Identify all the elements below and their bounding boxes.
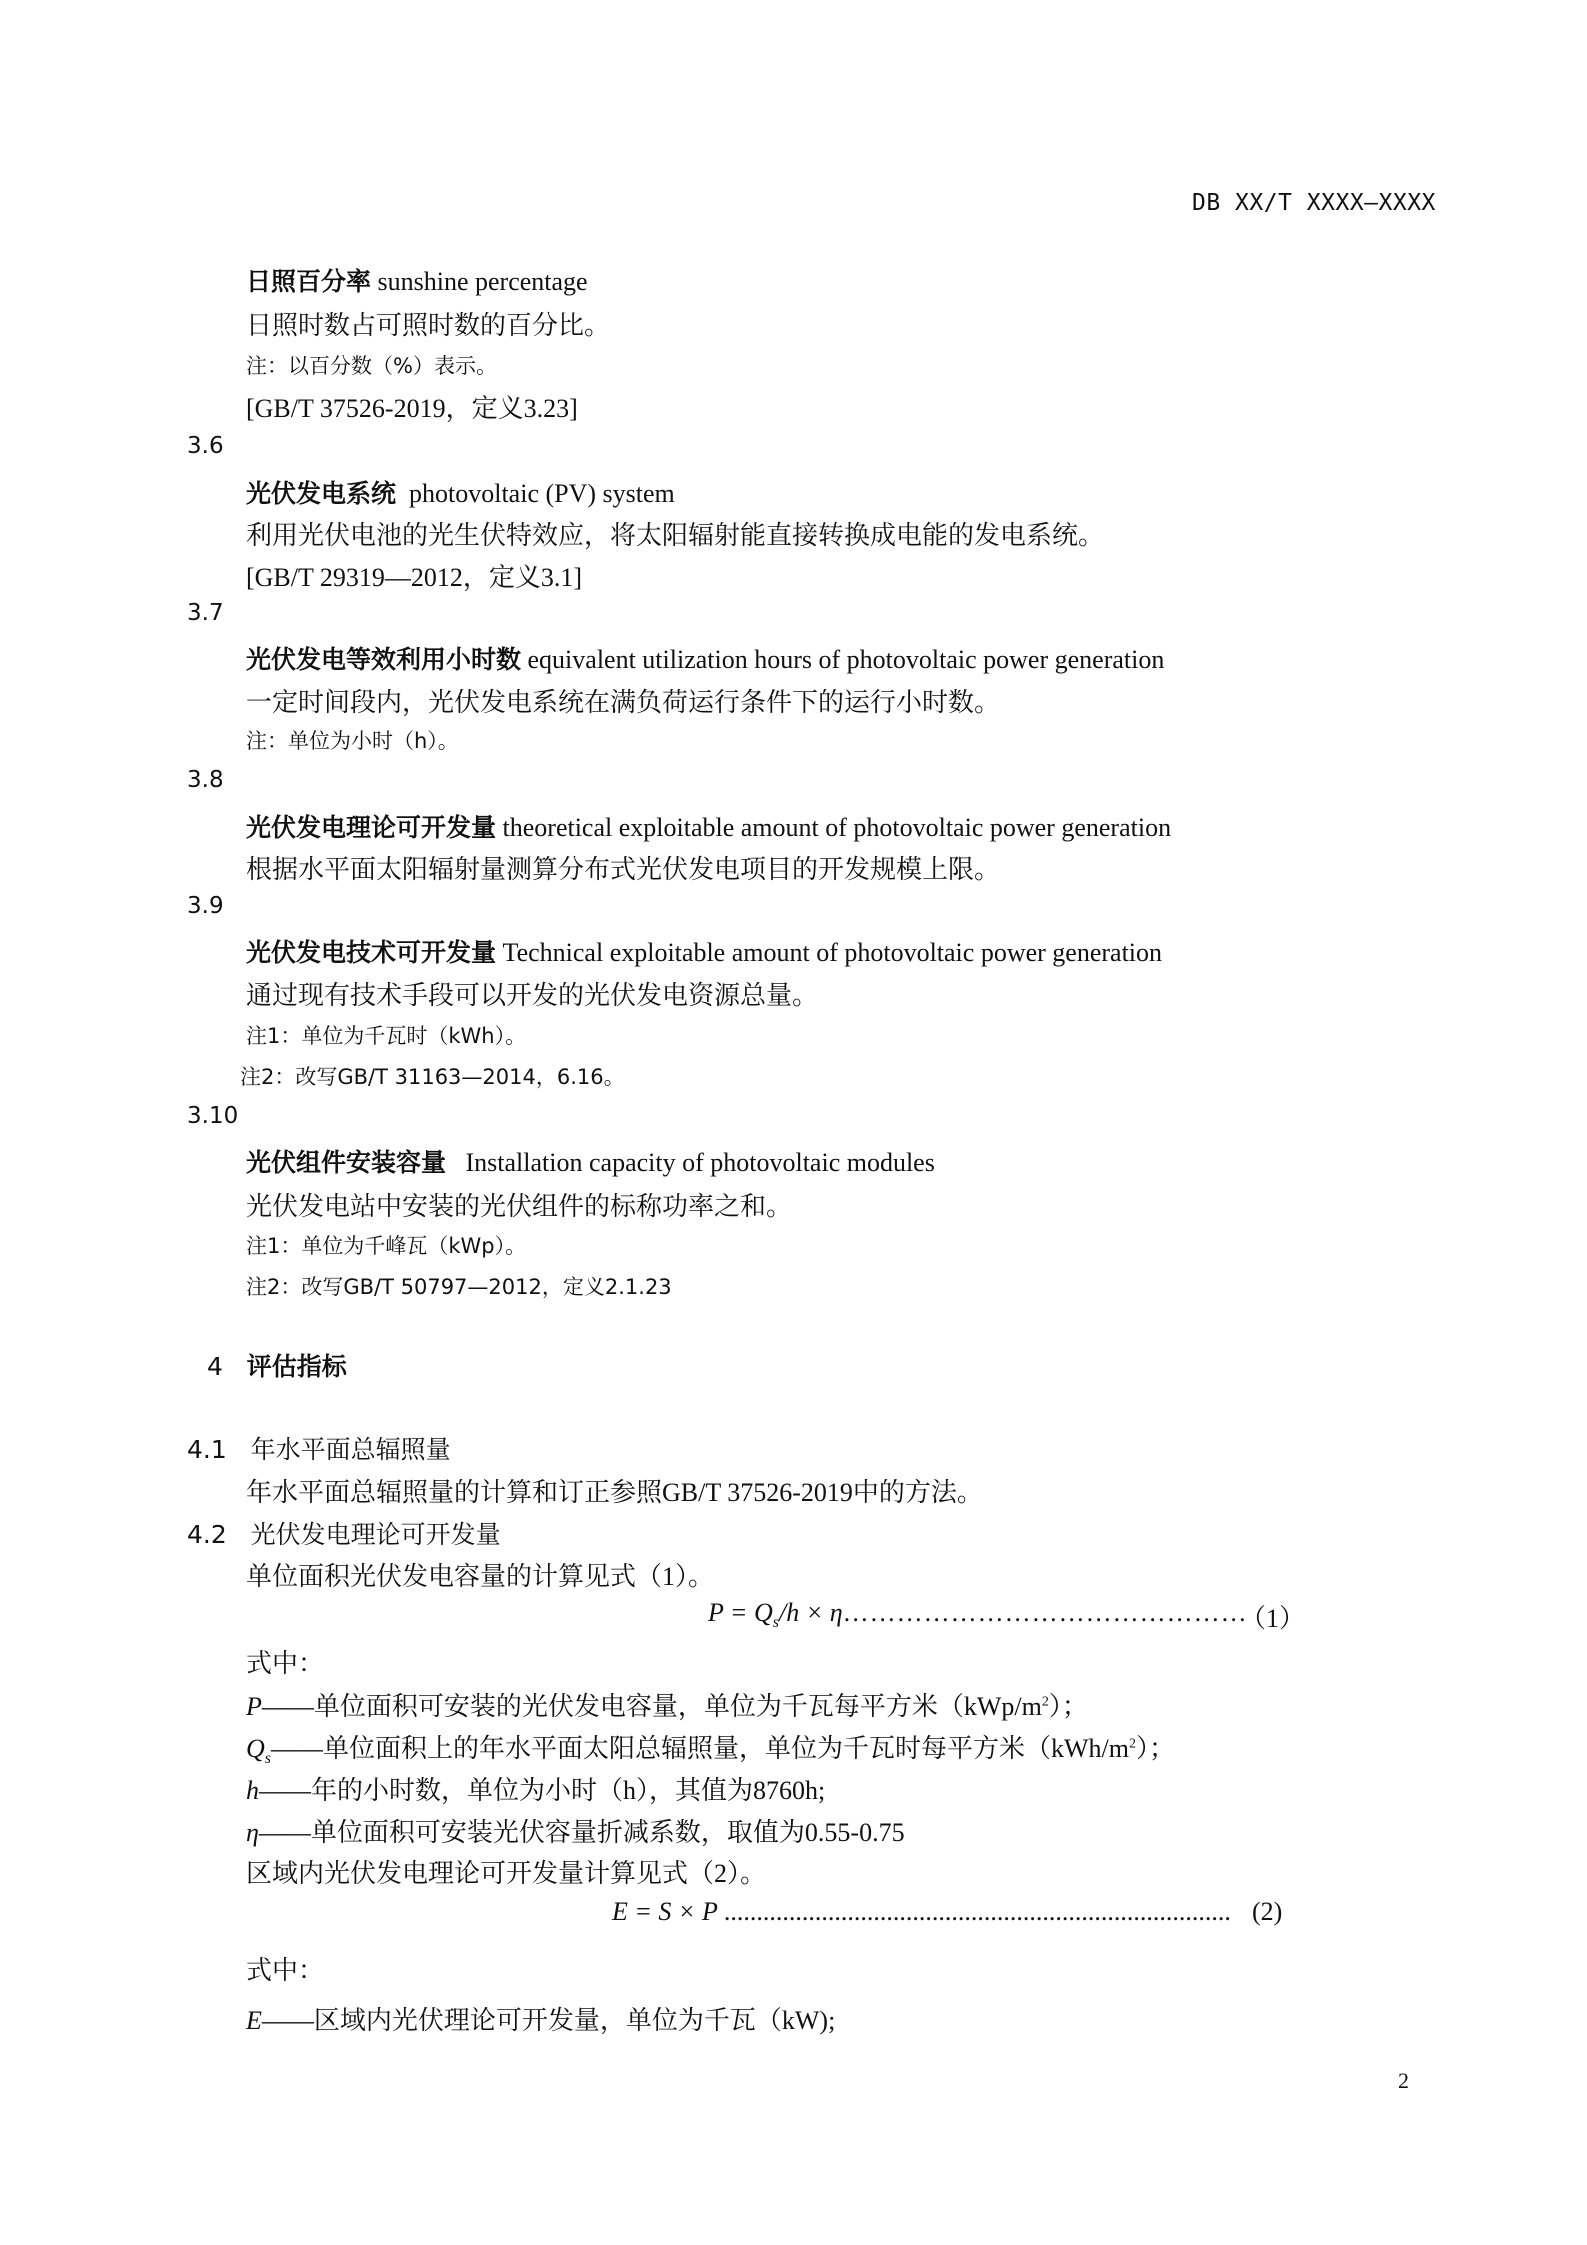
formula-1: P = Qs/h × η……………………………………… bbox=[708, 1598, 1248, 1632]
leader-dots: ........................................… bbox=[724, 1897, 1231, 1926]
variable-definition-E: E——区域内光伏理论可开发量，单位为千瓦（kW); bbox=[246, 2000, 835, 2037]
term-3-10-title: 光伏组件安装容量 Installation capacity of photov… bbox=[246, 1143, 935, 1179]
clause-number-3-10: 3.10 bbox=[187, 1103, 238, 1129]
section-number: 4 bbox=[207, 1352, 223, 1381]
where-label-1: 式中： bbox=[246, 1643, 324, 1680]
formula-2-intro: 区域内光伏发电理论可开发量计算见式（2）。 bbox=[246, 1853, 766, 1890]
term-3-6-definition: 利用光伏电池的光生伏特效应，将太阳辐射能直接转换成电能的发电系统。 bbox=[246, 515, 1104, 552]
variable-definition-P: P——单位面积可安装的光伏发电容量，单位为千瓦每平方米（kWp/m2）； bbox=[246, 1686, 1088, 1723]
clause-number-3-8: 3.8 bbox=[187, 767, 224, 793]
leader-dots: ……………………………………… bbox=[843, 1598, 1248, 1627]
term-3-7-title: 光伏发电等效利用小时数 equivalent utilization hours… bbox=[246, 640, 1164, 676]
term-3-5-source: [GB/T 37526-2019，定义3.23] bbox=[246, 388, 578, 425]
term-3-5-title: 日照百分率 sunshine percentage bbox=[246, 262, 588, 298]
term-zh: 光伏发电系统 bbox=[246, 479, 396, 508]
term-3-5-note: 注：以百分数（%）表示。 bbox=[246, 350, 497, 380]
equation-number-1: （1） bbox=[1240, 1598, 1305, 1635]
clause-number: 4.2 bbox=[187, 1520, 227, 1549]
term-en: theoretical exploitable amount of photov… bbox=[503, 813, 1172, 842]
term-3-5-definition: 日照时数占可照时数的百分比。 bbox=[246, 305, 610, 342]
section-title: 评估指标 bbox=[247, 1352, 347, 1381]
term-3-10-definition: 光伏发电站中安装的光伏组件的标称功率之和。 bbox=[246, 1186, 792, 1223]
term-3-8-definition: 根据水平面太阳辐射量测算分布式光伏发电项目的开发规模上限。 bbox=[246, 849, 1000, 886]
term-en: photovoltaic (PV) system bbox=[409, 479, 675, 508]
term-en: Technical exploitable amount of photovol… bbox=[503, 938, 1163, 967]
page-number: 2 bbox=[1398, 2068, 1409, 2094]
term-3-9-note-2: 注2：改写GB/T 31163—2014，6.16。 bbox=[240, 1061, 625, 1091]
variable-definition-h: h——年的小时数，单位为小时（h），其值为8760h; bbox=[246, 1770, 825, 1807]
term-en: equivalent utilization hours of photovol… bbox=[528, 645, 1165, 674]
variable-definition-Qs: Qs——单位面积上的年水平面太阳总辐照量，单位为千瓦时每平方米（kWh/m2）； bbox=[246, 1728, 1175, 1768]
term-zh: 光伏组件安装容量 bbox=[246, 1148, 446, 1177]
term-3-10-note-1: 注1：单位为千峰瓦（kWp）。 bbox=[246, 1230, 526, 1260]
term-en: sunshine percentage bbox=[378, 267, 588, 296]
term-zh: 光伏发电技术可开发量 bbox=[246, 938, 496, 967]
term-3-6-title: 光伏发电系统 photovoltaic (PV) system bbox=[246, 474, 675, 510]
clause-number: 4.1 bbox=[187, 1435, 227, 1464]
term-3-9-definition: 通过现有技术手段可以开发的光伏发电资源总量。 bbox=[246, 975, 818, 1012]
term-en: Installation capacity of photovoltaic mo… bbox=[466, 1148, 935, 1177]
term-3-6-source: [GB/T 29319—2012，定义3.1] bbox=[246, 557, 582, 594]
formula-1-intro: 单位面积光伏发电容量的计算见式（1）。 bbox=[246, 1556, 714, 1593]
formula-2: E = S × P ..............................… bbox=[612, 1897, 1231, 1927]
clause-4-1-heading: 4.1 年水平面总辐照量 bbox=[187, 1430, 451, 1466]
term-3-9-note-1: 注1：单位为千瓦时（kWh）。 bbox=[246, 1020, 526, 1050]
term-3-9-title: 光伏发电技术可开发量 Technical exploitable amount … bbox=[246, 933, 1162, 969]
section-4-heading: 4 评估指标 bbox=[207, 1347, 347, 1383]
term-zh: 日照百分率 bbox=[246, 267, 371, 296]
term-3-7-note: 注：单位为小时（h）。 bbox=[246, 725, 459, 755]
term-3-10-note-2: 注2：改写GB/T 50797—2012，定义2.1.23 bbox=[246, 1271, 672, 1301]
equation-number-2: (2) bbox=[1252, 1897, 1282, 1927]
clause-number-3-9: 3.9 bbox=[187, 893, 224, 919]
clause-4-2-heading: 4.2 光伏发电理论可开发量 bbox=[187, 1515, 501, 1551]
where-label-2: 式中： bbox=[246, 1950, 324, 1987]
term-zh: 光伏发电理论可开发量 bbox=[246, 813, 496, 842]
clause-4-1-text: 年水平面总辐照量的计算和订正参照GB/T 37526-2019中的方法。 bbox=[246, 1472, 983, 1509]
clause-title: 年水平面总辐照量 bbox=[251, 1435, 451, 1464]
standard-code-header: DB XX/T XXXX—XXXX bbox=[1192, 190, 1436, 216]
clause-number-3-6: 3.6 bbox=[187, 433, 224, 459]
term-3-7-definition: 一定时间段内，光伏发电系统在满负荷运行条件下的运行小时数。 bbox=[246, 682, 1000, 719]
term-3-8-title: 光伏发电理论可开发量 theoretical exploitable amoun… bbox=[246, 808, 1171, 844]
term-zh: 光伏发电等效利用小时数 bbox=[246, 645, 521, 674]
variable-definition-eta: η——单位面积可安装光伏容量折减系数，取值为0.55-0.75 bbox=[246, 1812, 905, 1849]
clause-title: 光伏发电理论可开发量 bbox=[251, 1520, 501, 1549]
clause-number-3-7: 3.7 bbox=[187, 600, 224, 626]
